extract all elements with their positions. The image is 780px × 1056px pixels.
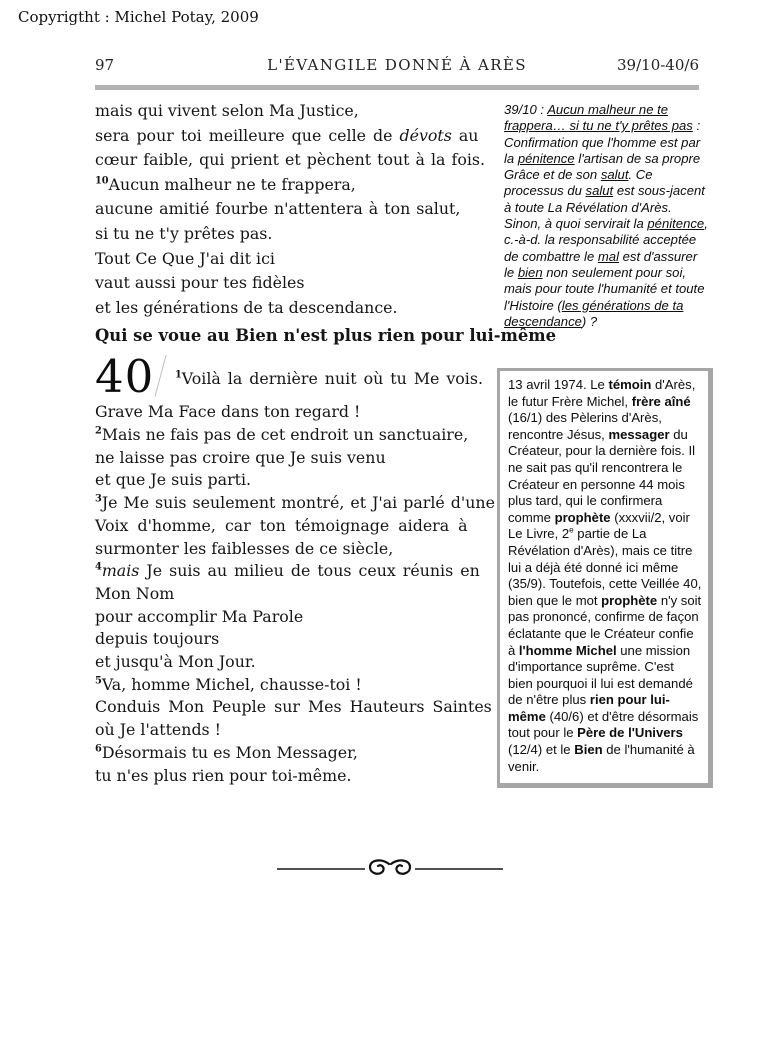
text-segment: salut [601, 167, 629, 182]
text-segment: ) ? [582, 314, 597, 329]
text-line: Mon Nom [95, 583, 483, 606]
copyright-text: Copyrigtht : Michel Potay, 2009 [18, 8, 259, 26]
text-segment: et que Je suis parti. [95, 470, 251, 489]
text-segment: prophète [601, 593, 657, 608]
text-segment: frère aîné [632, 394, 691, 409]
text-segment: Voilà la dernière nuit où tu Me vois. [182, 369, 483, 388]
text-line: 6Désormais tu es Mon Messager, [95, 742, 483, 765]
text-segment: Mais ne fais pas de cet endroit un sanct… [102, 425, 468, 444]
text-line: 10Aucun malheur ne te frappera, [95, 173, 483, 198]
text-line: Tout Ce Que J'ai dit ici [95, 247, 483, 272]
text-segment: 2 [95, 426, 102, 437]
text-line: où Je l'attends ! [95, 719, 483, 742]
text-line: 2Mais ne fais pas de cet endroit un sanc… [95, 424, 483, 447]
text-segment: 4 [95, 562, 102, 573]
text-line: tu n'es plus rien pour toi-même. [95, 765, 483, 788]
text-line: si tu ne t'y prêtes pas. [95, 222, 483, 247]
text-segment: Va, homme Michel, chausse-toi ! [102, 675, 362, 694]
margin-note-boxed: 13 avril 1974. Le témoin d'Arès, le futu… [497, 368, 713, 788]
text-segment: pénitence [647, 216, 704, 231]
text-segment: aucune amitié fourbe n'attentera à ton s… [95, 199, 460, 218]
chapter-slash-mark [155, 355, 167, 397]
text-line: 5Va, homme Michel, chausse-toi ! [95, 674, 483, 697]
text-line: aucune amitié fourbe n'attentera à ton s… [95, 197, 483, 222]
text-segment: prophète [555, 510, 611, 525]
book-page: Copyrigtht : Michel Potay, 2009 97 L'ÉVA… [0, 0, 780, 1056]
text-line: Conduis Mon Peuple sur Mes Hauteurs Sain… [95, 696, 483, 719]
page-header: 97 L'ÉVANGILE DONNÉ À ARÈS 39/10-40/6 [95, 56, 699, 74]
section-divider [0, 858, 780, 878]
chapter-first-line: 1Voilà la dernière nuit où tu Me vois. [175, 369, 483, 388]
text-line: et les générations de ta descendance. [95, 296, 483, 321]
text-segment: au [452, 126, 479, 145]
text-line: et jusqu'à Mon Jour. [95, 651, 483, 674]
text-segment: Voix d'homme, car ton témoignage aidera … [95, 516, 468, 535]
text-segment: Tout Ce Que J'ai dit ici [95, 249, 275, 268]
text-segment: 6 [95, 744, 102, 755]
text-segment: Aucun malheur ne te frappera, [109, 175, 356, 194]
text-line: 3Je Me suis seulement montré, et J'ai pa… [95, 492, 483, 515]
page-title: L'ÉVANGILE DONNÉ À ARÈS [185, 56, 609, 74]
text-segment: sera pour toi meilleure que celle de [95, 126, 399, 145]
text-segment: (12/4) et le [508, 742, 574, 757]
margin-note-commentary: 39/10 : Aucun malheur ne te frappera… si… [504, 102, 710, 330]
text-line: Voix d'homme, car ton témoignage aidera … [95, 515, 483, 538]
text-segment: mal [598, 249, 619, 264]
text-line: vaut aussi pour tes fidèles [95, 271, 483, 296]
text-line: pour accomplir Ma Parole [95, 606, 483, 629]
text-line: sera pour toi meilleure que celle de dév… [95, 124, 483, 149]
text-segment: 13 avril 1974. Le [508, 377, 608, 392]
fleuron-divider-icon [277, 858, 503, 878]
text-segment: mais qui vivent selon Ma Justice, [95, 101, 359, 120]
text-segment: 39/10 : [504, 102, 547, 117]
text-segment: bien [518, 265, 543, 280]
text-segment: 5 [95, 676, 102, 687]
text-segment: depuis toujours [95, 629, 219, 648]
text-segment: ne laisse pas croire que Je suis venu [95, 448, 386, 467]
text-segment: témoin [608, 377, 651, 392]
text-segment: Conduis Mon Peuple sur Mes Hauteurs Sain… [95, 697, 492, 716]
text-segment: où Je l'attends ! [95, 720, 221, 739]
chapter-start-row: 40 1Voilà la dernière nuit où tu Me vois… [95, 351, 483, 401]
main-text-column: mais qui vivent selon Ma Justice,sera po… [95, 99, 483, 787]
text-segment: et les générations de ta descendance. [95, 298, 398, 317]
text-segment: pour accomplir Ma Parole [95, 607, 303, 626]
text-segment: Bien [574, 742, 602, 757]
text-segment: 3 [95, 494, 102, 505]
text-segment: surmonter les faiblesses de ce siècle, [95, 539, 393, 558]
text-line: mais qui vivent selon Ma Justice, [95, 99, 483, 124]
text-line: Grave Ma Face dans ton regard ! [95, 401, 483, 424]
text-segment: 10 [95, 176, 109, 187]
text-line: et que Je suis parti. [95, 469, 483, 492]
text-line: depuis toujours [95, 628, 483, 651]
verse-paragraph-39: mais qui vivent selon Ma Justice,sera po… [95, 99, 483, 320]
text-segment: tu n'es plus rien pour toi-même. [95, 766, 351, 785]
text-segment: Désormais tu es Mon Messager, [102, 743, 358, 762]
section-heading: Qui se voue au Bien n'est plus rien pour… [95, 326, 483, 345]
text-segment: pénitence [518, 151, 575, 166]
text-segment: mais [102, 561, 140, 580]
chapter-number: 40 [95, 354, 154, 399]
text-line: 4mais Je suis au milieu de tous ceux réu… [95, 560, 483, 583]
text-segment: et jusqu'à Mon Jour. [95, 652, 256, 671]
page-number: 97 [95, 56, 185, 74]
text-segment: salut [586, 183, 614, 198]
text-segment: l'homme Michel [519, 643, 617, 658]
text-segment: vaut aussi pour tes fidèles [95, 273, 304, 292]
text-segment: Je suis au milieu de tous ceux réunis en [139, 561, 479, 580]
text-line: surmonter les faiblesses de ce siècle, [95, 538, 483, 561]
text-segment: dévots [399, 126, 451, 145]
header-rule [95, 85, 699, 90]
text-segment: Grave Ma Face dans ton regard ! [95, 402, 360, 421]
text-segment: Je Me suis seulement montré, et J'ai par… [102, 493, 495, 512]
text-segment: Père de l'Univers [577, 725, 683, 740]
text-segment: 1 [175, 370, 182, 381]
text-segment: Mon Nom [95, 584, 174, 603]
text-line: ne laisse pas croire que Je suis venu [95, 447, 483, 470]
text-segment: si tu ne t'y prêtes pas. [95, 224, 272, 243]
verse-range: 39/10-40/6 [609, 56, 699, 74]
text-segment: messager [608, 427, 669, 442]
verse-paragraph-40: Grave Ma Face dans ton regard !2Mais ne … [95, 401, 483, 787]
text-line: cœur faible, qui prient et pèchent tout … [95, 148, 483, 173]
text-segment: cœur faible, qui prient et pèchent tout … [95, 150, 485, 169]
